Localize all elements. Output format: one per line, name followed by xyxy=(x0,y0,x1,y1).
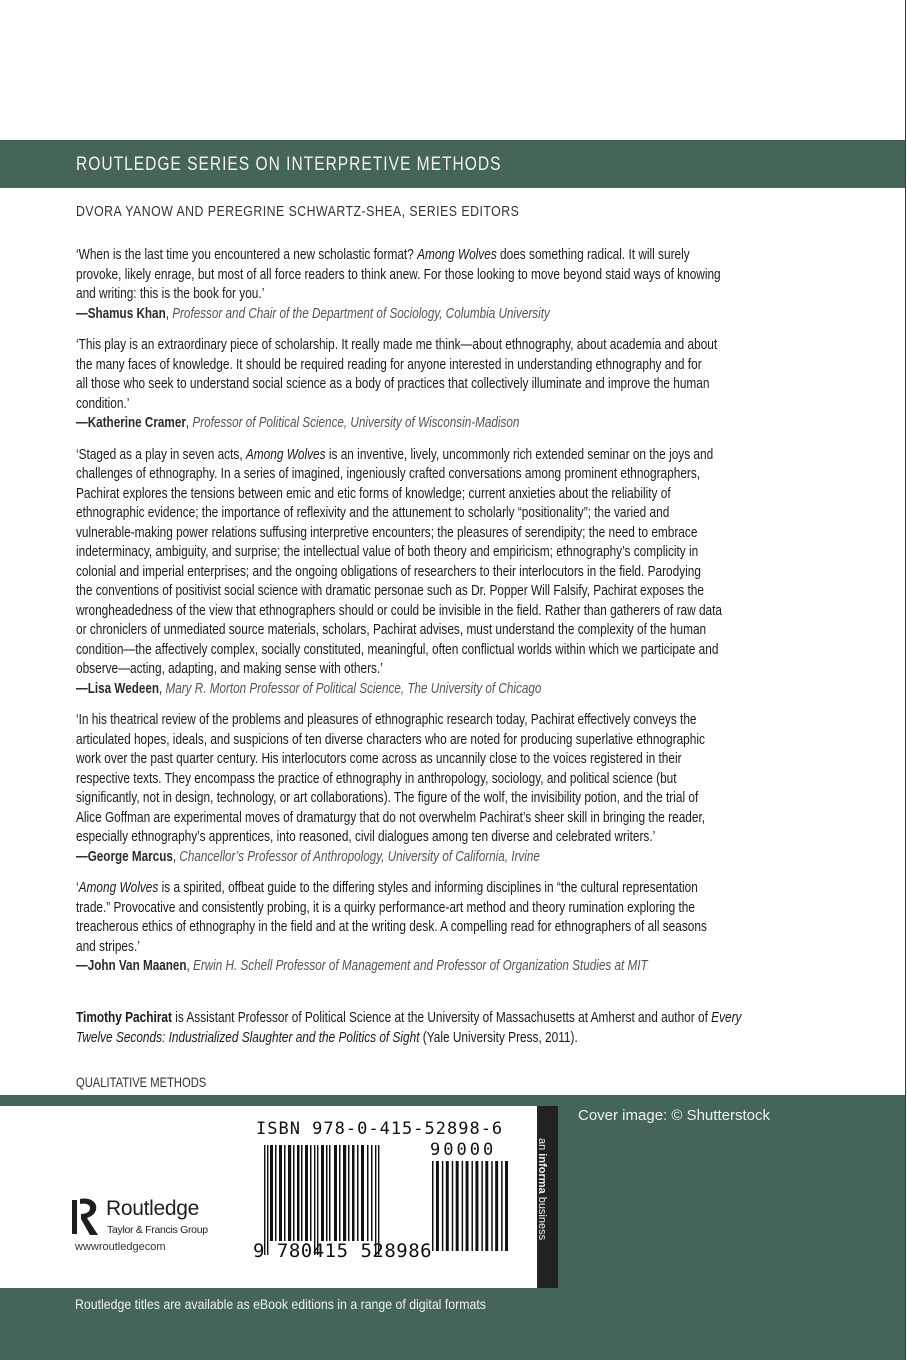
publisher-group: Taylor & Francis Group xyxy=(107,1224,208,1236)
endorsements: ‘When is the last time you encountered a… xyxy=(76,245,866,988)
quote-line: the conventions of positivist social sci… xyxy=(76,581,865,601)
quote-line: ‘In his theatrical review of the problem… xyxy=(76,710,865,730)
quote-line: and stripes.’ xyxy=(76,937,865,957)
price-code: 90000 xyxy=(430,1140,496,1160)
endorsement: ‘This play is an extraordinary piece of … xyxy=(76,335,866,433)
endorser-role: Mary R. Morton Professor of Political Sc… xyxy=(166,680,542,697)
cover-credit: Cover image: © Shutterstock xyxy=(578,1107,770,1124)
quote-line: observe—acting, adapting, and making sen… xyxy=(76,659,865,679)
quote-line: work over the past quarter century. His … xyxy=(76,749,865,769)
endorser-attribution: —Shamus Khan, Professor and Chair of the… xyxy=(76,304,865,324)
endorser-attribution: —Lisa Wedeen, Mary R. Morton Professor o… xyxy=(76,679,865,699)
quote-line: condition—the affectively complex, socia… xyxy=(76,640,865,660)
quote-line: trade.” Provocative and consistently pro… xyxy=(76,898,865,918)
ebook-note: Routledge titles are available as eBook … xyxy=(75,1296,486,1312)
endorsement: ‘Among Wolves is a spirited, offbeat gui… xyxy=(76,878,866,976)
author-name: Timothy Pachirat xyxy=(76,1009,172,1026)
quote-line: especially ethnography’s apprentices, in… xyxy=(76,827,865,847)
endorser-attribution: —John Van Maanen, Erwin H. Schell Profes… xyxy=(76,956,865,976)
quote-line: ‘When is the last time you encountered a… xyxy=(76,245,865,265)
book-title: Twelve Seconds: Industrialized Slaughter… xyxy=(76,1029,420,1046)
ean-barcode xyxy=(264,1145,380,1255)
quote-line: vulnerable-making power relations suffus… xyxy=(76,523,865,543)
quote-line: challenges of ethnography. In a series o… xyxy=(76,464,865,484)
subject-category: QUALITATIVE METHODS xyxy=(76,1074,206,1090)
routledge-r-icon xyxy=(72,1197,100,1237)
endorser-name: —Katherine Cramer xyxy=(76,414,186,431)
page-edge-line xyxy=(905,0,906,1360)
quote-line: ‘This play is an extraordinary piece of … xyxy=(76,335,865,355)
endorsement: ‘In his theatrical review of the problem… xyxy=(76,710,866,866)
quote-line: articulated hopes, ideals, and suspicion… xyxy=(76,730,865,750)
quote-line: or chroniclers of unmediated source mate… xyxy=(76,620,865,640)
endorser-role: Professor of Political Science, Universi… xyxy=(192,414,519,431)
series-title: ROUTLEDGE SERIES ON INTERPRETIVE METHODS xyxy=(76,154,501,176)
quote-line: Pachirat explores the tensions between e… xyxy=(76,484,865,504)
quote-line: indeterminacy, ambiguity, and surprise; … xyxy=(76,542,865,562)
quote-line: all those who seek to understand social … xyxy=(76,374,865,394)
endorser-name: —John Van Maanen xyxy=(76,957,187,974)
quote-line: the many faces of knowledge. It should b… xyxy=(76,355,865,375)
endorser-name: —Shamus Khan xyxy=(76,305,166,322)
quote-line: provoke, likely enrage, but most of all … xyxy=(76,265,865,285)
endorser-role: Erwin H. Schell Professor of Management … xyxy=(193,957,648,974)
isbn-label: ISBN 978-0-415-52898-6 xyxy=(256,1119,503,1139)
endorser-name: —Lisa Wedeen xyxy=(76,680,159,697)
endorser-attribution: —Katherine Cramer, Professor of Politica… xyxy=(76,413,865,433)
publisher-name: Routledge xyxy=(106,1197,199,1221)
quote-line: colonial and imperial enterprises; and t… xyxy=(76,562,865,582)
quote-line: ethnographic evidence; the importance of… xyxy=(76,503,865,523)
ean-digits: 9 780415 528986 xyxy=(253,1240,432,1262)
author-bio: Timothy Pachirat is Assistant Professor … xyxy=(76,1008,866,1047)
publisher-url: wwwroutledgecom xyxy=(75,1241,165,1253)
price-addon-barcode xyxy=(432,1161,509,1251)
quote-line: significantly, not in design, technology… xyxy=(76,788,865,808)
series-editors: DVORA YANOW AND PEREGRINE SCHWARTZ-SHEA,… xyxy=(76,203,519,220)
endorser-role: Chancellor’s Professor of Anthropology, … xyxy=(179,848,539,865)
endorsement: ‘Staged as a play in seven acts, Among W… xyxy=(76,445,866,699)
quote-line: Alice Goffman are experimental moves of … xyxy=(76,808,865,828)
endorsement: ‘When is the last time you encountered a… xyxy=(76,245,866,323)
quote-line: ‘Among Wolves is a spirited, offbeat gui… xyxy=(76,878,865,898)
quote-line: ‘Staged as a play in seven acts, Among W… xyxy=(76,445,865,465)
endorser-name: —George Marcus xyxy=(76,848,173,865)
routledge-logo: Routledge Taylor & Francis Group wwwrout… xyxy=(72,1197,232,1257)
informa-label: an informa business xyxy=(536,1138,548,1240)
quote-line: treacherous ethics of ethnography in the… xyxy=(76,917,865,937)
endorser-attribution: —George Marcus, Chancellor’s Professor o… xyxy=(76,847,865,867)
quote-line: and writing: this is the book for you.’ xyxy=(76,284,865,304)
endorser-role: Professor and Chair of the Department of… xyxy=(172,305,550,322)
quote-line: wrongheadedness of the view that ethnogr… xyxy=(76,601,865,621)
quote-line: respective texts. They encompass the pra… xyxy=(76,769,865,789)
quote-line: condition.’ xyxy=(76,394,865,414)
